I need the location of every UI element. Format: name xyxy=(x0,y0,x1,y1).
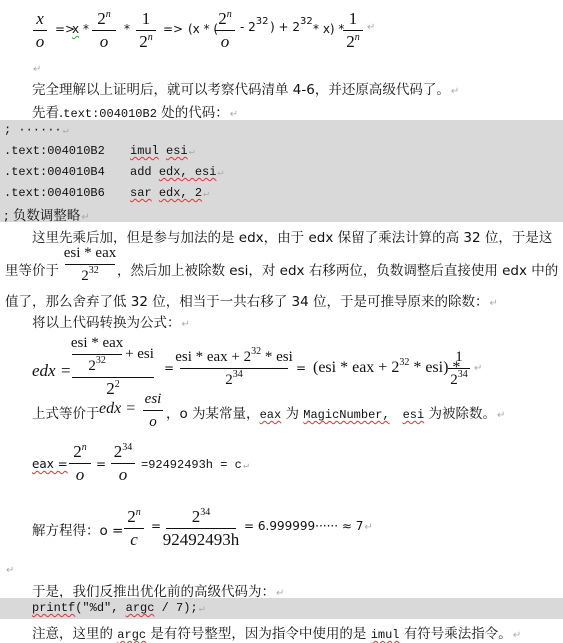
fraction-1-over-2n: 1 2n xyxy=(136,10,156,51)
code-instr: add edx, esi↵ xyxy=(130,165,223,179)
fraction-2n-over-o: 2n o xyxy=(69,443,91,484)
fraction-2-34-over-magic: 234 92492493h xyxy=(166,508,236,549)
code-line: .text:004010B2 xyxy=(4,144,105,158)
code-line: .text:004010B4 xyxy=(4,165,105,179)
paragraph-explanation-line3: 值了，那么舍弃了低 32 位，相当于一共右移了 34 位，于是可推导原来的除数：… xyxy=(5,290,498,310)
fraction-2n-over-o-2: 2n o xyxy=(215,10,235,51)
paragraph-mark: ↵ xyxy=(367,22,375,33)
paragraph-note: 注意，这里的 argc 是有符号整型，因为指令中使用的是 imul 有符号乘法指… xyxy=(32,622,521,642)
code-block-printf: printf("%d", argc / 7);↵ xyxy=(0,598,563,619)
code-instr: imul esi↵ xyxy=(130,144,195,158)
fraction-1-over-2n-2: 1 2n xyxy=(343,10,363,51)
paragraph-explanation-line2-prefix: 里等价于 xyxy=(5,259,59,279)
code-block: ; ······↵ .text:004010B2 imul esi↵ .text… xyxy=(0,120,563,222)
paragraph-convert-formula: 将以上代码转换为公式：↵ xyxy=(32,311,190,331)
fraction-2-34-over-o: 234 o xyxy=(111,443,135,484)
fraction-2n-over-o: 2n o xyxy=(92,10,116,51)
paragraph-mark: ↵ xyxy=(6,565,14,576)
code-comment: ; ······↵ xyxy=(4,123,69,137)
fraction-2n-over-c: 2n c xyxy=(124,508,144,549)
paragraph-therefore: 于是，我们反推出优化前的高级代码为：↵ xyxy=(32,580,284,600)
paragraph-look-at-code: 先看.text:004010B2 处的代码：↵ xyxy=(32,101,238,121)
code-line: .text:004010B6 xyxy=(4,186,105,200)
fraction-1-over-2-34: 1 234 xyxy=(448,348,470,389)
paragraph-explanation-line2-suffix: ，然后加上被除数 esi，对 edx 右移两位，负数调整后直接使用 edx 中的 xyxy=(117,259,558,279)
code-instr: sar edx, 2↵ xyxy=(130,186,209,200)
paragraph-intro: 完全理解以上证明后，就可以考察代码清单 4-6，并还原高级代码了。↵ xyxy=(32,78,459,98)
fraction-middle: esi * eax + 232 * esi 234 xyxy=(180,348,288,389)
fraction-outer: esi * eax 232 + esi 22 xyxy=(72,334,154,398)
fraction-esi-over-o: esi o xyxy=(143,390,163,431)
fraction-esi-eax-over-2-32: esi * eax 232 xyxy=(65,244,115,285)
code-comment: ; 负数调整略↵ xyxy=(4,204,90,224)
fraction-x-over-o: x o xyxy=(33,10,47,51)
paragraph-mark: ↵ xyxy=(33,64,41,75)
paragraph-explanation-line1: 这里先乘后加，但是参与加法的是 edx，由于 edx 保留了乘法计算的高 32 … xyxy=(32,226,552,246)
